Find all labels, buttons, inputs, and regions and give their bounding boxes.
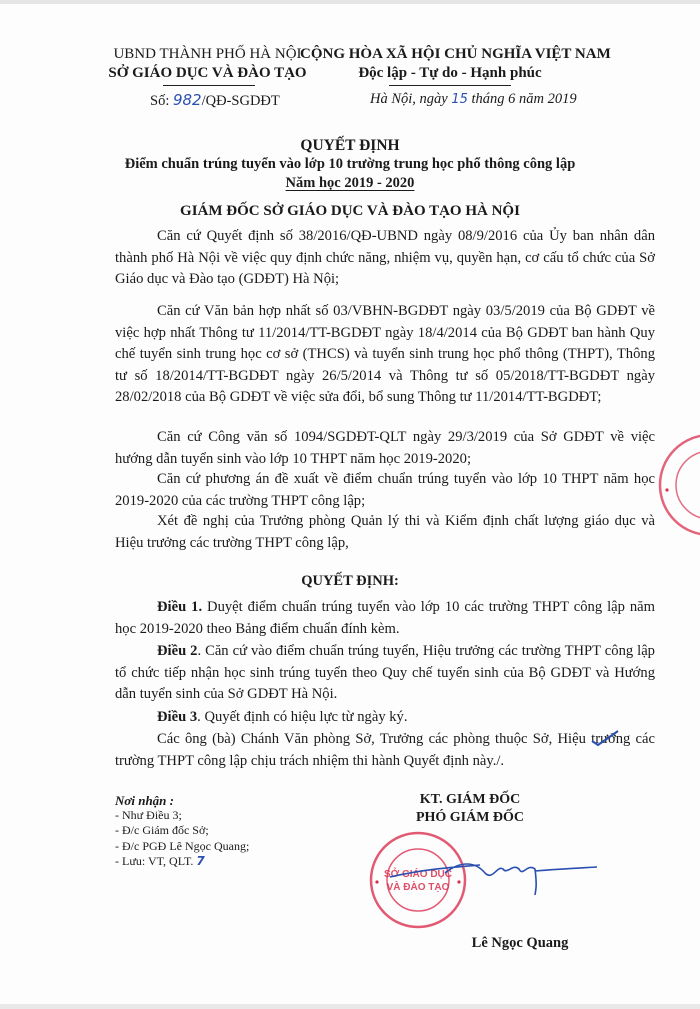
page-top-edge (0, 0, 700, 4)
preamble-paragraph: Căn cứ Văn bản hợp nhất số 03/VBHN-BGDĐT… (115, 301, 655, 409)
school-year: Năm học 2019 - 2020 (0, 175, 700, 192)
article-text: . Quyết định có hiệu lực từ ngày ký. (197, 709, 407, 725)
school-year-text: Năm học 2019 - 2020 (286, 175, 415, 191)
partial-stamp-icon (655, 430, 700, 540)
preamble-text: Căn cứ phương án đề xuất về điểm chuẩn t… (115, 469, 655, 512)
motto-underline (389, 85, 511, 86)
preamble-paragraph: Căn cứ Công văn số 1094/SGDĐT-QLT ngày 2… (115, 427, 655, 470)
article-label: Điều 1. (157, 599, 202, 615)
article-1: Điều 1. Duyệt điểm chuẩn trúng tuyển vào… (115, 597, 655, 640)
enforcement-clause: Các ông (bà) Chánh Văn phòng Sở, Trưởng … (115, 729, 655, 772)
recipient-item: - Đ/c Giám đốc Sở; (115, 823, 345, 838)
document-number: Số: 982/QĐ-SGDĐT (150, 91, 280, 110)
signer-name: Lê Ngọc Quang (430, 935, 610, 952)
partial-stamp-edge (655, 430, 700, 540)
document-subtitle: Điểm chuẩn trúng tuyển vào lớp 10 trường… (0, 156, 700, 173)
handwritten-archive-note: 7 (196, 854, 204, 868)
handwritten-day: 15 (451, 92, 468, 107)
preamble-paragraph: Căn cứ phương án đề xuất về điểm chuẩn t… (115, 469, 655, 512)
recipients-heading: Nơi nhận : (115, 793, 345, 808)
signature-title-2: PHÓ GIÁM ĐỐC (380, 810, 560, 826)
article-label: Điều 3 (157, 709, 197, 725)
preamble-text: Căn cứ Quyết định số 38/2016/QĐ-UBND ngà… (115, 226, 655, 291)
preamble-paragraph: Căn cứ Quyết định số 38/2016/QĐ-UBND ngà… (115, 226, 655, 291)
document-title: QUYẾT ĐỊNH (0, 137, 700, 155)
issuer-underline (163, 85, 255, 86)
recipient-item: - Đ/c PGĐ Lê Ngọc Quang; (115, 839, 345, 854)
handwritten-number: 982 (173, 91, 202, 109)
article-label: Điều 2 (157, 643, 197, 659)
country-name: CỘNG HÒA XÃ HỘI CHỦ NGHĨA VIỆT NAM (300, 45, 600, 64)
issuing-authority: GIÁM ĐỐC SỞ GIÁO DỤC VÀ ĐÀO TẠO HÀ NỘI (0, 203, 700, 220)
issuer-parent: UBND THÀNH PHỐ HÀ NỘI (105, 45, 310, 64)
motto: Độc lập - Tự do - Hạnh phúc (300, 64, 600, 83)
number-suffix: /QĐ-SGDĐT (202, 93, 280, 109)
preamble-text: Căn cứ Văn bản hợp nhất số 03/VBHN-BGDĐT… (115, 301, 655, 409)
date-prefix: Hà Nội, ngày (370, 91, 451, 107)
document-date: Hà Nội, ngày 15 tháng 6 năm 2019 (370, 91, 577, 108)
page-bottom-edge (0, 1004, 700, 1009)
preamble-text: Xét đề nghị của Trưởng phòng Quản lý thi… (115, 511, 655, 554)
recipient-item: - Lưu: VT, QLT. 7 (115, 854, 345, 869)
preamble-paragraph: Xét đề nghị của Trưởng phòng Quản lý thi… (115, 511, 655, 554)
article-3: Điều 3. Quyết định có hiệu lực từ ngày k… (115, 707, 655, 729)
signature-title-1: KT. GIÁM ĐỐC (380, 792, 560, 808)
date-suffix: tháng 6 năm 2019 (468, 91, 577, 107)
document-page: UBND THÀNH PHỐ HÀ NỘI SỞ GIÁO DỤC VÀ ĐÀO… (0, 0, 700, 1009)
handwritten-signature-icon (385, 855, 600, 895)
issuer-name: SỞ GIÁO DỤC VÀ ĐÀO TẠO (105, 64, 310, 83)
recipient-item: - Như Điều 3; (115, 808, 345, 823)
recipient-item-text: - Lưu: VT, QLT. (115, 854, 193, 868)
preamble-text: Căn cứ Công văn số 1094/SGDĐT-QLT ngày 2… (115, 427, 655, 470)
handwritten-check-icon (590, 727, 620, 749)
issuer-block: UBND THÀNH PHỐ HÀ NỘI SỞ GIÁO DỤC VÀ ĐÀO… (105, 45, 310, 83)
article-2: Điều 2. Căn cứ vào điểm chuẩn trúng tuyể… (115, 641, 655, 706)
decision-heading: QUYẾT ĐỊNH: (0, 573, 700, 590)
national-motto-block: CỘNG HÒA XÃ HỘI CHỦ NGHĨA VIỆT NAM Độc l… (300, 45, 600, 83)
number-prefix: Số: (150, 93, 173, 109)
enforcement-text: Các ông (bà) Chánh Văn phòng Sở, Trưởng … (115, 731, 655, 769)
recipients-block: Nơi nhận : - Như Điều 3; - Đ/c Giám đốc … (115, 793, 345, 869)
